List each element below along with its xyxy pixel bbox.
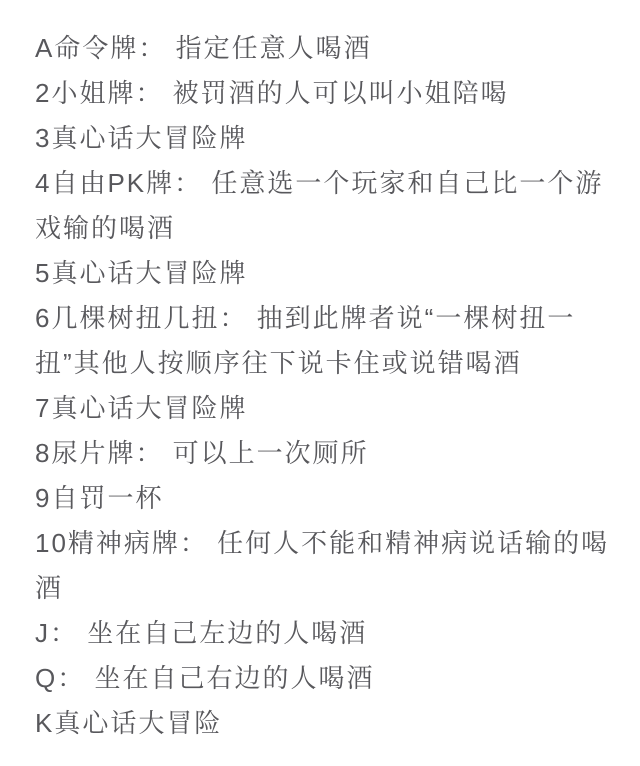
rule-line-a: A命令牌： 指定任意人喝酒 [35, 26, 630, 71]
rule-line-4: 4自由PK牌： 任意选一个玩家和自己比一个游 [35, 161, 630, 206]
rule-line-5: 5真心话大冒险牌 [35, 251, 630, 296]
rule-line-10: 10精神病牌： 任何人不能和精神病说话输的喝 [35, 521, 630, 566]
rule-line-6: 6几棵树扭几扭： 抽到此牌者说“一棵树扭一 [35, 296, 630, 341]
rule-line-9: 9自罚一杯 [35, 476, 630, 521]
rule-line-6-wrap: 扭”其他人按顺序往下说卡住或说错喝酒 [35, 341, 630, 386]
rule-line-q: Q： 坐在自己右边的人喝酒 [35, 656, 630, 701]
rule-line-10-wrap: 酒 [35, 566, 630, 611]
rule-line-7: 7真心话大冒险牌 [35, 386, 630, 431]
rule-line-3: 3真心话大冒险牌 [35, 116, 630, 161]
rule-line-4-wrap: 戏输的喝酒 [35, 206, 630, 251]
rules-document: A命令牌： 指定任意人喝酒 2小姐牌： 被罚酒的人可以叫小姐陪喝 3真心话大冒险… [0, 0, 640, 766]
rule-line-j: J： 坐在自己左边的人喝酒 [35, 611, 630, 656]
rule-line-8: 8尿片牌： 可以上一次厕所 [35, 431, 630, 476]
rule-line-2: 2小姐牌： 被罚酒的人可以叫小姐陪喝 [35, 71, 630, 116]
rule-line-k: K真心话大冒险 [35, 701, 630, 746]
